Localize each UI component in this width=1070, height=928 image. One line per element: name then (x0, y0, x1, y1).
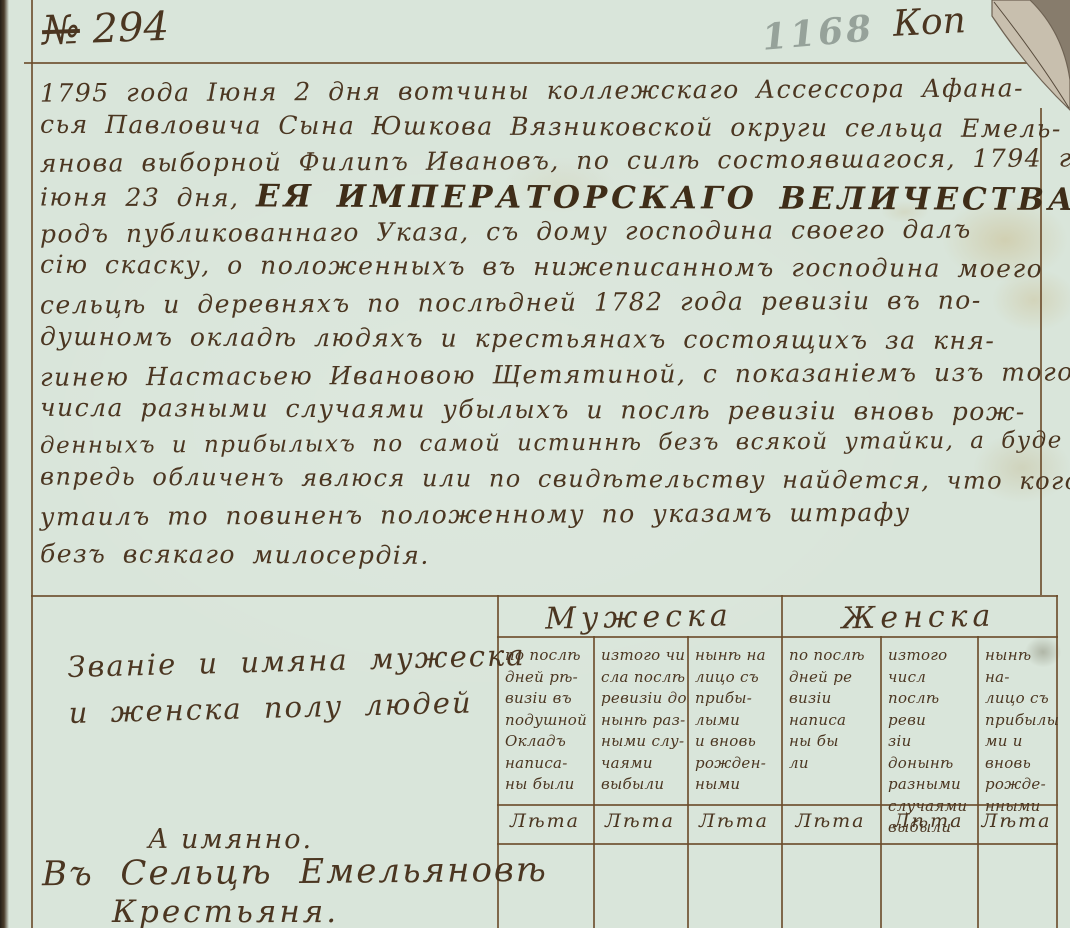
top-rule (24, 62, 1056, 64)
table-top-rule (31, 595, 1058, 597)
male-col-header-now-present: нынѣ на лицо съ прибы- лыми и вновь рожд… (690, 642, 783, 796)
male-sex-header: Мужеска (497, 598, 782, 638)
left-margin-rule (31, 0, 33, 928)
scanned-document-page: № 294 1168 Коп 1795 года Іюня 2 дня вотч… (0, 0, 1070, 928)
age-cell: Лѣта (977, 810, 1056, 832)
age-cell: Лѣта (687, 810, 781, 832)
scan-left-edge-shadow (0, 0, 9, 928)
line4-prefix: іюня 23 дня, (40, 182, 256, 212)
table-age-row-rule (497, 843, 1058, 845)
manuscript-line: родъ публикованнаго Указа, съ дому госпо… (40, 215, 972, 254)
age-cell: Лѣта (880, 810, 977, 832)
manuscript-line: денныхъ и прибылыхъ по самой истиннѣ без… (40, 427, 1070, 467)
age-cell: Лѣта (593, 810, 687, 832)
page-corner-fold (970, 0, 1070, 130)
male-col-header-departed: изтого чи сла послѣ ревизіи до нынѣ раз-… (596, 642, 689, 796)
female-col-header-last-revision: по послѣ дней ре визіи написа ны бы ли (784, 642, 882, 774)
female-sex-header: Женска (781, 598, 1057, 638)
section-label-namely: А имянно. (148, 824, 313, 855)
age-cell: Лѣта (781, 810, 880, 832)
copy-annotation: Коп (892, 0, 967, 45)
peasants-heading: Крестьяня. (112, 894, 339, 928)
pencil-folio-number: 1168 (760, 7, 875, 59)
manuscript-line: числа разными случаями убылыхъ и послѣ р… (40, 393, 1026, 431)
names-column-header: Званіе и имяна мужеска и женска полу люд… (67, 632, 528, 736)
case-number: № 294 (41, 4, 169, 54)
manuscript-line: сья Павловича Сына Юшкова Вязниковской о… (40, 110, 1062, 148)
manuscript-line: янова выборной Филипъ Ивановъ, по силѣ с… (40, 143, 1070, 183)
manuscript-line: впредь обличенъ явлюся или по свидѣтельс… (40, 463, 1070, 502)
imperial-majesty-caps: ЕЯ ИМПЕРАТОРСКАГО ВЕЛИЧЕСТВА (256, 178, 1070, 218)
table-header-rule (497, 636, 1058, 638)
age-cell: Лѣта (497, 810, 593, 832)
manuscript-line: гинею Настасьею Ивановою Щетятиной, с по… (40, 357, 1070, 396)
manuscript-line-imperial: іюня 23 дня, ЕЯ ИМПЕРАТОРСКАГО ВЕЛИЧЕСТВ… (40, 177, 1070, 216)
case-number-value: 294 (92, 4, 170, 53)
manuscript-line: безъ всякаго милосердія. (40, 539, 430, 575)
numero-sign: № (41, 7, 80, 54)
manuscript-line: 1795 года Іюня 2 дня вотчины коллежскаго… (40, 73, 1024, 112)
female-col-header-now-present: нынѣ на- лицо съ прибылы ми и вновь рожд… (980, 642, 1061, 817)
manuscript-line: сельцѣ и деревняхъ по послѣдней 1782 год… (40, 286, 982, 325)
village-heading: Въ Сельцѣ Емельяновѣ (42, 850, 548, 894)
manuscript-line: утаилъ то повиненъ положенному по указам… (40, 498, 911, 537)
manuscript-line: сію скаску, о положенныхъ въ нижеписанно… (40, 250, 1043, 288)
manuscript-line: душномъ окладѣ людяхъ и крестьянахъ сост… (40, 322, 996, 360)
